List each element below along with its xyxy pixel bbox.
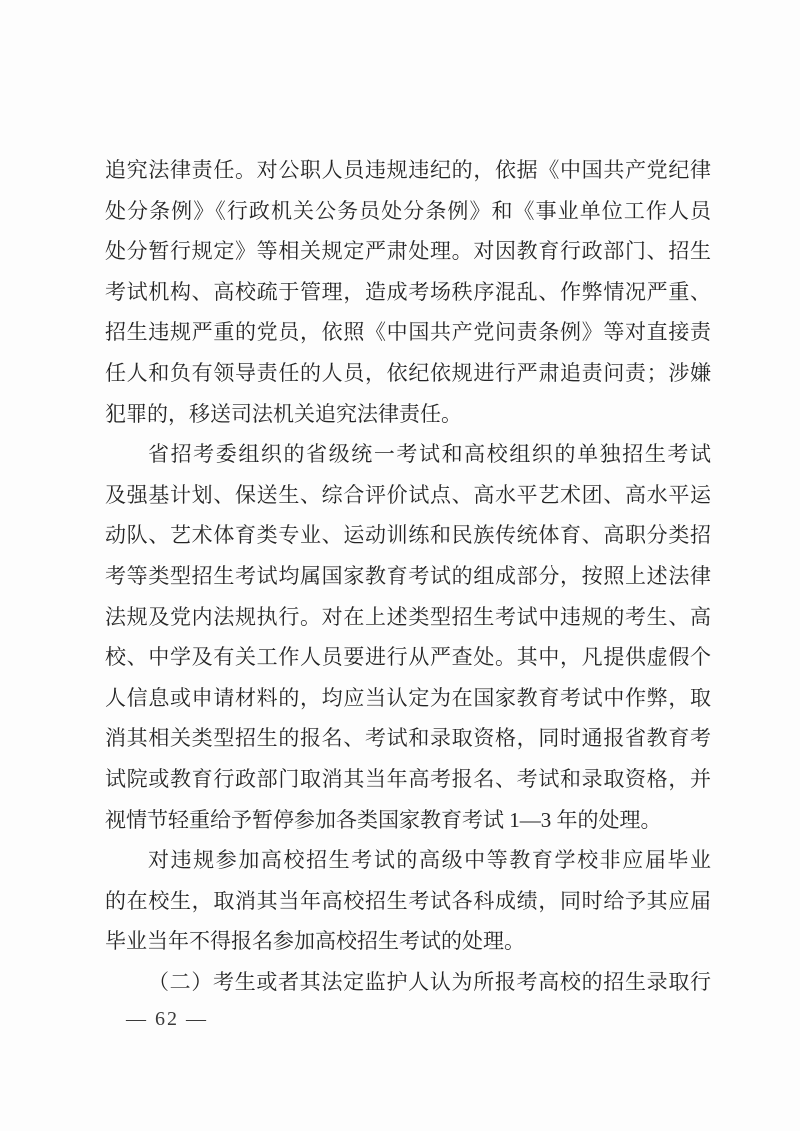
text-line paragraph-start: （二）考生或者其法定监护人认为所报考高校的招生录取行	[105, 962, 711, 1003]
text-line paragraph-start: 省招考委组织的省级统一考试和高校组织的单独招生考试	[105, 434, 711, 475]
text-line: 任人和负有领导责任的人员，依纪依规进行严肃追责问责；涉嫌	[105, 353, 711, 394]
text-line: 法规及党内法规执行。对在上述类型招生考试中违规的考生、高	[105, 597, 711, 638]
text-line: 处分暂行规定》等相关规定严肃处理。对因教育行政部门、招生	[105, 231, 711, 272]
text-line: 招生违规严重的党员，依照《中国共产党问责条例》等对直接责	[105, 312, 711, 353]
text-line: 追究法律责任。对公职人员违规违纪的，依据《中国共产党纪律	[105, 150, 711, 191]
text-line paragraph-end: 视情节轻重给予暂停参加各类国家教育考试 1—3 年的处理。	[105, 800, 711, 841]
text-line: 校、中学及有关工作人员要进行从严查处。其中，凡提供虚假个	[105, 637, 711, 678]
text-line: 消其相关类型招生的报名、考试和录取资格，同时通报省教育考	[105, 718, 711, 759]
text-line: 考等类型招生考试均属国家教育考试的组成部分，按照上述法律	[105, 556, 711, 597]
text-line paragraph-start: 对违规参加高校招生考试的高级中等教育学校非应届毕业	[105, 840, 711, 881]
text-line: 的在校生，取消其当年高校招生考试各科成绩，同时给予其应届	[105, 881, 711, 922]
text-line: 人信息或申请材料的，均应当认定为在国家教育考试中作弊，取	[105, 678, 711, 719]
text-line: 及强基计划、保送生、综合评价试点、高水平艺术团、高水平运	[105, 475, 711, 516]
text-line: 动队、艺术体育类专业、运动训练和民族传统体育、高职分类招	[105, 515, 711, 556]
page-number: — 62 —	[126, 1008, 208, 1031]
text-line: 处分条例》《行政机关公务员处分条例》和《事业单位工作人员	[105, 191, 711, 232]
text-line paragraph-end: 毕业当年不得报名参加高校招生考试的处理。	[105, 921, 711, 962]
document-page: 追究法律责任。对公职人员违规违纪的，依据《中国共产党纪律 处分条例》《行政机关公…	[0, 0, 800, 1131]
text-line: 试院或教育行政部门取消其当年高考报名、考试和录取资格，并	[105, 759, 711, 800]
document-body: 追究法律责任。对公职人员违规违纪的，依据《中国共产党纪律 处分条例》《行政机关公…	[105, 150, 711, 1002]
text-line: 考试机构、高校疏于管理，造成考场秩序混乱、作弊情况严重、	[105, 272, 711, 313]
text-line paragraph-end: 犯罪的，移送司法机关追究法律责任。	[105, 394, 711, 435]
